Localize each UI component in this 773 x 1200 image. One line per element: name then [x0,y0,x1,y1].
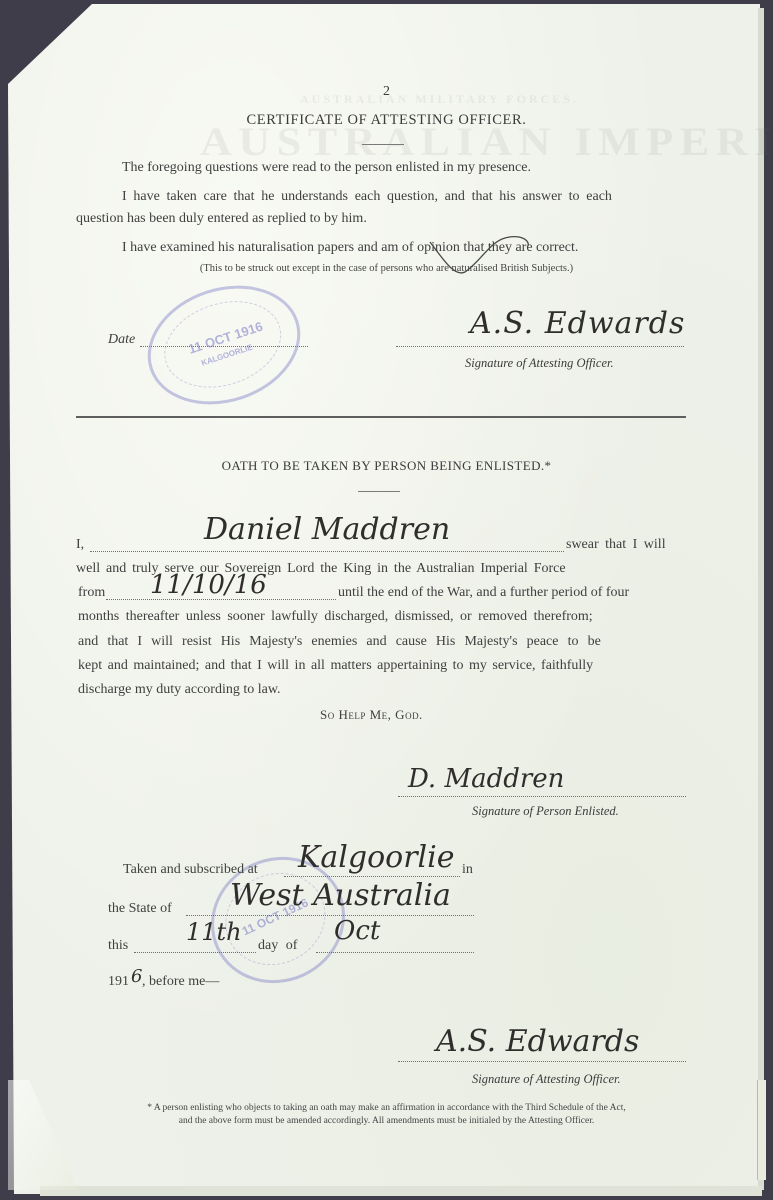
enlistee-signature: D. Maddren [408,764,564,794]
state-field [186,915,474,916]
title-divider [362,144,404,145]
page-number: 2 [0,84,773,100]
oath-line-3: until the end of the War, and a further … [338,585,629,601]
attesting-signature-line [398,1061,686,1062]
folded-edge [757,1080,766,1180]
date-label: Date [108,332,135,348]
name-field [90,551,564,552]
officer-signature-caption: Signature of Attesting Officer. [465,356,614,371]
year-digit: 6 [131,966,142,987]
certificate-para-2-cont: question has been duly entered as replie… [76,211,367,227]
state-label: the State of [108,901,172,917]
from-date: 11/10/16 [150,570,267,600]
in-label: in [462,862,473,878]
from-label: from [78,585,105,601]
naturalisation-note: (This to be struck out except in the cas… [0,263,773,274]
place-field [284,876,460,877]
attesting-signature-caption: Signature of Attesting Officer. [472,1072,621,1087]
certificate-title: CERTIFICATE OF ATTESTING OFFICER. [0,112,773,129]
taken-label: Taken and subscribed at [123,862,258,878]
oath-line-1: swear that I will [566,537,666,553]
day-value: 11th [186,918,242,946]
attesting-signature: A.S. Edwards [436,1024,639,1059]
oath-line-5: and that I will resist His Majesty's ene… [78,634,686,650]
officer-signature-line [396,346,684,347]
oath-divider [358,491,400,492]
strike-mark [420,232,540,282]
oath-line-7: discharge my duty according to law. [78,682,281,698]
oath-closing: So Help Me, God. [320,707,423,723]
enlistee-name: Daniel Maddren [204,512,450,547]
certificate-para-1: The foregoing questions were read to the… [122,160,531,176]
oath-line-6: kept and maintained; and that I will in … [78,658,686,674]
month-value: Oct [334,916,380,946]
oath-title: OATH TO BE TAKEN BY PERSON BEING ENLISTE… [0,458,773,474]
page-edge-bottom [40,1186,762,1196]
day-of-label: day of [258,938,297,954]
month-field [316,952,474,953]
year-prefix: 191 [108,974,129,990]
footnote-line-1: * A person enlisting who objects to taki… [0,1103,773,1113]
footnote-line-2: and the above form must be amended accor… [0,1116,773,1126]
page-edge [758,8,764,1190]
this-label: this [108,938,128,954]
officer-signature: A.S. Edwards [470,306,685,341]
enlistee-signature-line [398,796,686,797]
enlistee-signature-caption: Signature of Person Enlisted. [472,804,619,819]
oath-i-label: I, [76,537,84,553]
state-value: West Australia [230,878,451,913]
oath-line-4: months thereafter unless sooner lawfully… [78,609,686,625]
certificate-para-2: I have taken care that he understands ea… [122,189,686,205]
section-divider [76,416,686,418]
before-me-label: , before me— [142,974,219,990]
day-field [134,952,256,953]
place-value: Kalgoorlie [298,840,455,875]
